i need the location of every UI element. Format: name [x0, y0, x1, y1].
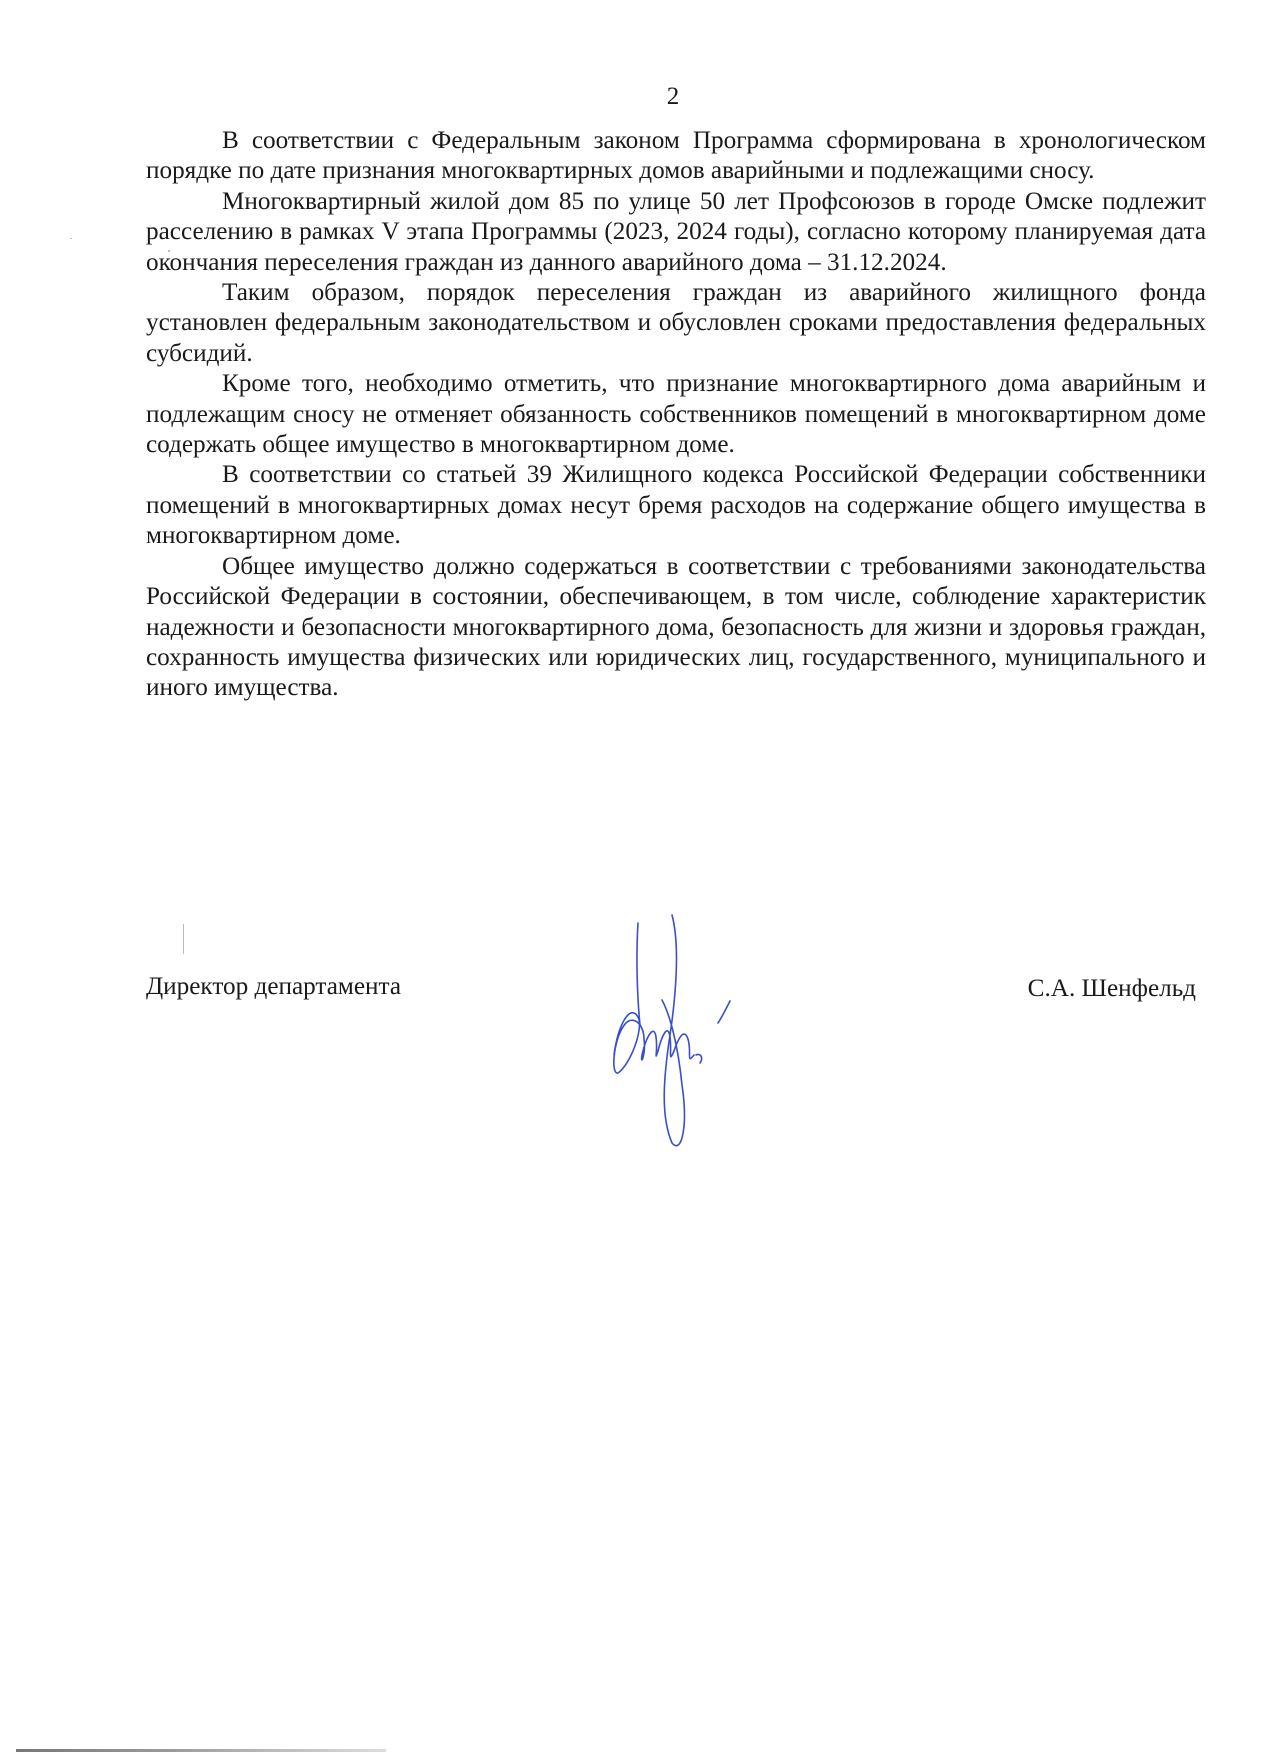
handwritten-signature-icon [600, 905, 780, 1155]
scan-speck [70, 238, 72, 239]
page-number: 2 [0, 82, 1274, 112]
paragraph-house-resettlement: Многоквартирный жилой дом 85 по улице 50… [146, 187, 1206, 278]
paragraph-federal-order: Таким образом, порядок переселения гражд… [146, 278, 1206, 369]
signatory-title: Директор департамента [146, 972, 401, 1002]
letter-body: В соответствии с Федеральным законом Про… [146, 126, 1206, 704]
signatory-name: С.А. Шенфельд [1028, 974, 1196, 1004]
paragraph-owners-obligation: Кроме того, необходимо отметить, что при… [146, 369, 1206, 460]
paragraph-housing-code: В соответствии со статьей 39 Жилищного к… [146, 460, 1206, 551]
paragraph-common-property: Общее имущество должно содержаться в соо… [146, 552, 1206, 704]
scan-edge-shadow [16, 1749, 386, 1752]
scan-speck [183, 924, 184, 954]
scan-speck [168, 250, 170, 252]
paragraph-program-order: В соответствии с Федеральным законом Про… [146, 126, 1206, 187]
